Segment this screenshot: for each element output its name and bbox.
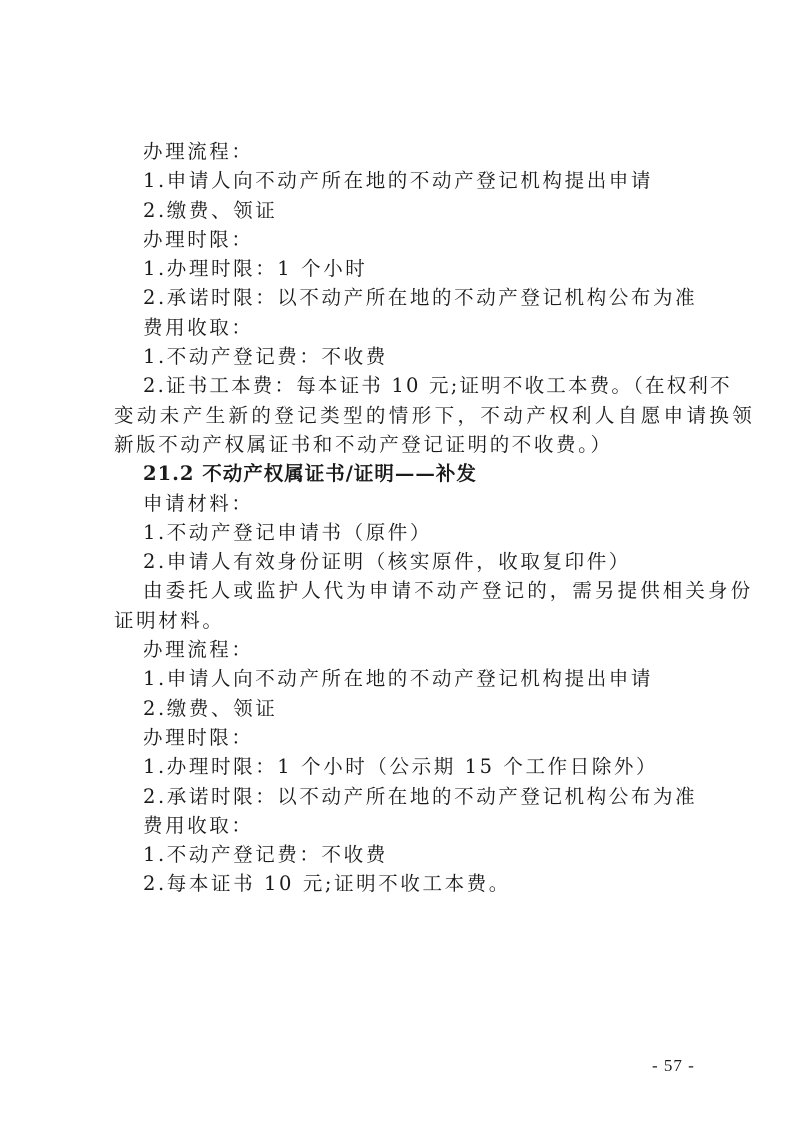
fee-item-2-line-2: 变动未产生新的登记类型的情形下，不动产权利人自愿申请换领 (114, 401, 700, 430)
material-item-2: 2.申请人有效身份证明（核实原件，收取复印件） (114, 547, 700, 576)
fee-title: 费用收取： (114, 313, 700, 342)
section-heading: 21.2 不动产权属证书/证明——补发 (114, 459, 700, 488)
time-limit-title-b: 办理时限： (114, 723, 700, 752)
material-item-1: 1.不动产登记申请书（原件） (114, 518, 700, 547)
fee-item-2-line-3: 新版不动产权属证书和不动产登记证明的不收费。） (114, 430, 700, 459)
fee-title-b: 费用收取： (114, 811, 700, 840)
time-limit-1: 1.办理时限：1 个小时 (114, 254, 700, 283)
document-page: 办理流程： 1.申请人向不动产所在地的不动产登记机构提出申请 2.缴费、领证 办… (114, 137, 700, 899)
time-limit-title: 办理时限： (114, 225, 700, 254)
process-step-1: 1.申请人向不动产所在地的不动产登记机构提出申请 (114, 166, 700, 195)
time-limit-2-b: 2.承诺时限：以不动产所在地的不动产登记机构公布为准 (114, 782, 700, 811)
time-limit-1-b: 1.办理时限：1 个小时（公示期 15 个工作日除外） (114, 752, 700, 781)
process-step-2-b: 2.缴费、领证 (114, 694, 700, 723)
time-limit-2: 2.承诺时限：以不动产所在地的不动产登记机构公布为准 (114, 283, 700, 312)
fee-item-2-b: 2.每本证书 10 元;证明不收工本费。 (114, 869, 700, 898)
process-step-1-b: 1.申请人向不动产所在地的不动产登记机构提出申请 (114, 664, 700, 693)
fee-item-1: 1.不动产登记费：不收费 (114, 342, 700, 371)
materials-title: 申请材料： (114, 489, 700, 518)
fee-item-2-line-1: 2.证书工本费：每本证书 10 元;证明不收工本费。（在权利不 (114, 371, 700, 400)
page-number: - 57 - (652, 1056, 695, 1076)
note-line-1: 由委托人或监护人代为申请不动产登记的，需另提供相关身份 (114, 576, 700, 605)
process-step-2: 2.缴费、领证 (114, 196, 700, 225)
fee-item-1-b: 1.不动产登记费：不收费 (114, 840, 700, 869)
process-title: 办理流程： (114, 137, 700, 166)
note-line-2: 证明材料。 (114, 606, 700, 635)
process-title-b: 办理流程： (114, 635, 700, 664)
